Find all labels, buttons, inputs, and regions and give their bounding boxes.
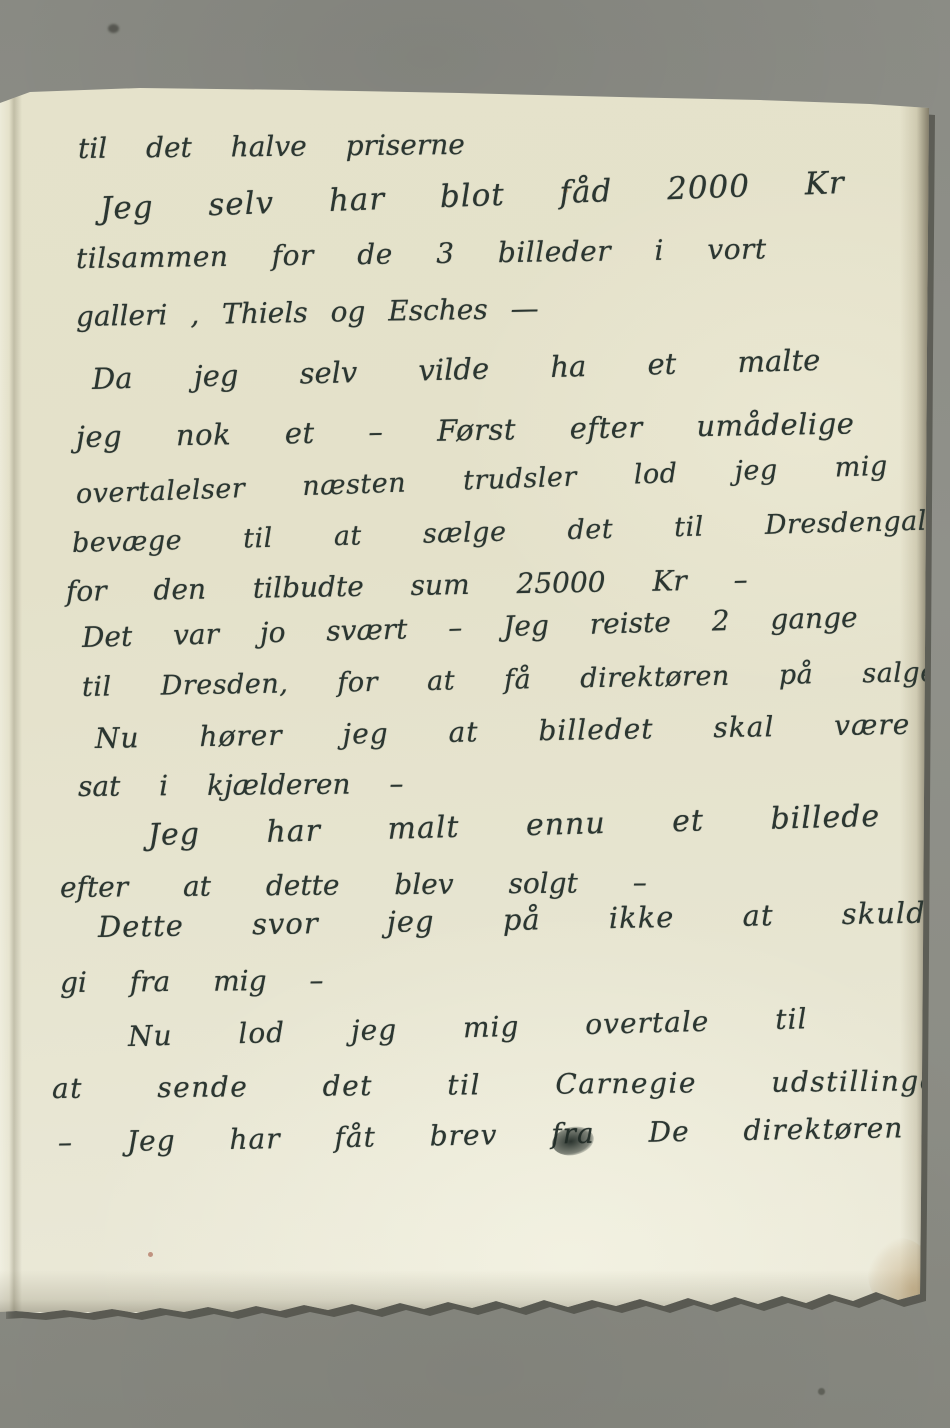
handwritten-line-8: bevæge til at sælge det til Dresdengalle… xyxy=(72,504,950,559)
handwritten-line-2: Jeg selv har blot fåd 2000 Kr xyxy=(99,166,845,228)
handwritten-line-13: sat i kjælderen – xyxy=(78,768,404,803)
handwritten-line-16: Dette svor jeg på ikke at skulde xyxy=(98,896,944,944)
handwritten-line-10: Det var jo svært – Jeg reiste 2 gange xyxy=(82,602,858,654)
handwritten-line-17: gi fra mig – xyxy=(60,965,324,999)
handwritten-line-3: tilsammen for de 3 billeder i vort xyxy=(76,233,767,275)
red-speck xyxy=(148,1252,153,1257)
handwritten-line-14: Jeg har malt ennu et billede xyxy=(148,800,881,854)
photograph-of-letter: til det halve priserne Jeg selv har blot… xyxy=(0,0,950,1428)
handwritten-line-9: for den tilbudte sum 25000 Kr – xyxy=(66,564,748,608)
handwritten-line-1: til det halve priserne xyxy=(78,129,465,165)
handwritten-line-11: til Dresden, for at få direktøren på sal… xyxy=(82,657,949,703)
left-fold-crease xyxy=(0,89,30,1311)
handwritten-line-6: jeg nok et – Først efter umådelige xyxy=(76,407,855,454)
handwritten-line-12: Nu hører jeg at billedet skal være xyxy=(95,709,911,755)
handwritten-line-19: at sende det til Carnegie udstillingen xyxy=(52,1065,950,1105)
backing-board-blemish-top xyxy=(108,24,119,33)
letter-paper-sheet: til det halve priserne Jeg selv har blot… xyxy=(0,0,950,1428)
handwritten-line-7: overtalelser næsten trudsler lod jeg mig xyxy=(75,451,888,510)
backing-board-blemish-bottom xyxy=(818,1388,825,1395)
handwritten-line-15: efter at dette blev solgt – xyxy=(60,867,647,904)
handwritten-line-18: Nu lod jeg mig overtale til xyxy=(128,1003,808,1053)
handwritten-line-4: galleri , Thiels og Esches — xyxy=(76,293,539,333)
handwritten-line-20: – Jeg har fåt brev fra De direktøren xyxy=(58,1112,904,1159)
handwritten-line-5: Da jeg selv vilde ha et malte xyxy=(92,344,821,396)
